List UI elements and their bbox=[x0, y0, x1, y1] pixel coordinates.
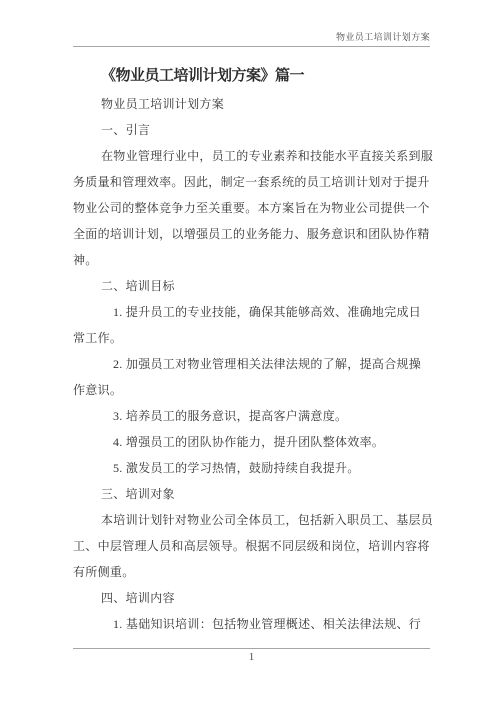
document-title: 《物业员工培训计划方案》篇一 bbox=[73, 63, 430, 89]
body-text-line: 4. 增强员工的团队协作能力，提升团队整体效率。 bbox=[73, 429, 435, 455]
body-text-line: 工、中层管理人员和高层领导。根据不同层级和岗位，培训内容将 bbox=[73, 533, 435, 559]
section-heading-line: 四、培训内容 bbox=[73, 585, 435, 611]
document-body: 物业员工培训计划方案一、引言在物业管理行业中，员工的专业素养和技能水平直接关系到… bbox=[73, 91, 435, 637]
body-text-line: 在物业管理行业中，员工的专业素养和技能水平直接关系到服 bbox=[73, 143, 435, 169]
body-text-line: 1. 提升员工的专业技能，确保其能够高效、准确地完成日 bbox=[73, 299, 435, 325]
body-text-line: 3. 培养员工的服务意识，提高客户满意度。 bbox=[73, 403, 435, 429]
section-heading-line: 一、引言 bbox=[73, 117, 435, 143]
page-number: 1 bbox=[73, 650, 430, 664]
body-text-line: 神。 bbox=[73, 247, 435, 273]
body-text-line: 物业公司的整体竞争力至关重要。本方案旨在为物业公司提供一个 bbox=[73, 195, 435, 221]
body-text-line: 2. 加强员工对物业管理相关法律法规的了解，提高合规操 bbox=[73, 351, 435, 377]
section-heading-line: 二、培训目标 bbox=[73, 273, 435, 299]
section-heading-line: 三、培训对象 bbox=[73, 481, 435, 507]
body-text-line: 本培训计划针对物业公司全体员工，包括新入职员工、基层员 bbox=[73, 507, 435, 533]
body-text-line: 1. 基础知识培训：包括物业管理概述、相关法律法规、行 bbox=[73, 611, 435, 637]
body-text-line: 全面的培训计划，以增强员工的业务能力、服务意识和团队协作精 bbox=[73, 221, 435, 247]
body-text-line: 作意识。 bbox=[73, 377, 435, 403]
header-divider bbox=[73, 46, 430, 47]
body-text-line: 有所侧重。 bbox=[73, 559, 435, 585]
document-page: 物业员工培训计划方案 《物业员工培训计划方案》篇一 物业员工培训计划方案一、引言… bbox=[0, 0, 500, 707]
page-header-text: 物业员工培训计划方案 bbox=[73, 31, 430, 43]
body-text-line: 常工作。 bbox=[73, 325, 435, 351]
section-heading-line: 物业员工培训计划方案 bbox=[73, 91, 435, 117]
body-text-line: 务质量和管理效率。因此，制定一套系统的员工培训计划对于提升 bbox=[73, 169, 435, 195]
footer-divider bbox=[73, 648, 430, 649]
body-text-line: 5. 激发员工的学习热情，鼓励持续自我提升。 bbox=[73, 455, 435, 481]
